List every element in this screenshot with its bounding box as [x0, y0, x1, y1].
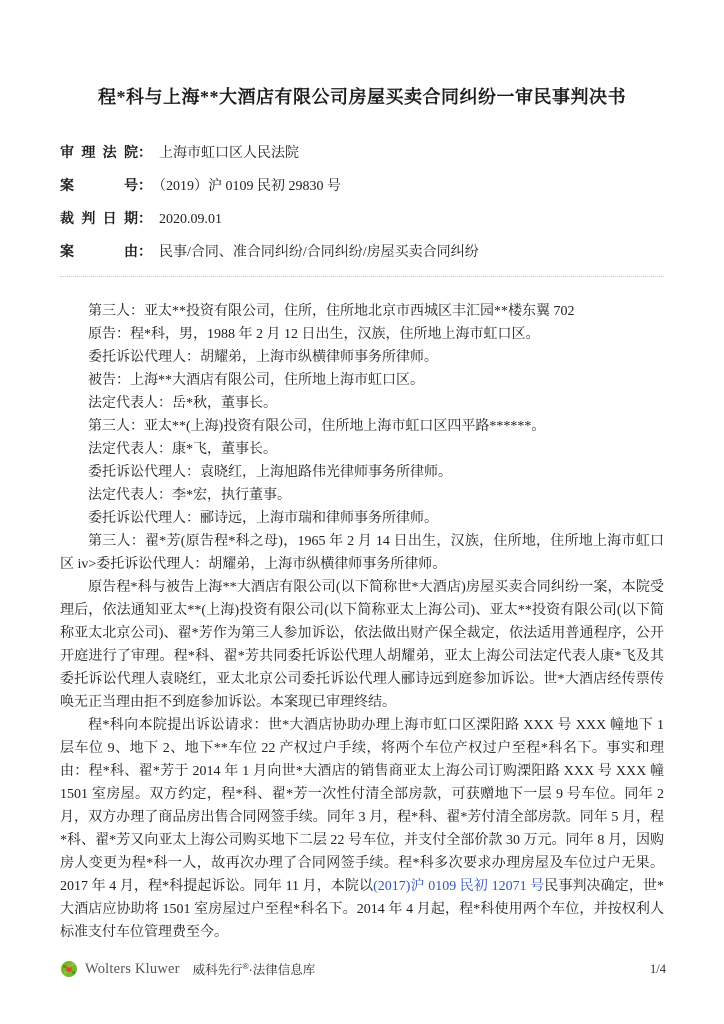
party-line: 法定代表人：李*宏，执行董事。 — [60, 484, 664, 507]
paragraph-procedure: 原告程*科与被告上海**大酒店有限公司(以下简称世*大酒店)房屋买卖合同纠纷一案… — [60, 576, 664, 714]
document-content: 程*科与上海**大酒店有限公司房屋买卖合同纠纷一审民事判决书 审理法院：上海市虹… — [0, 0, 724, 944]
footer: Wolters Kluwer 威科先行®·法律信息库 1/4 — [60, 960, 666, 978]
party-line: 第三人：翟*芳(原告程*科之母)，1965 年 2 月 14 日出生，汉族，住所… — [60, 530, 664, 576]
meta-colon: ： — [138, 212, 152, 227]
meta-row-cause-of-action: 案由：民事/合同、准合同纠纷/合同纠纷/房屋买卖合同纠纷 — [60, 243, 664, 263]
party-line: 法定代表人：康*飞，董事长。 — [60, 438, 664, 461]
party-line: 委托诉讼代理人：郦诗远，上海市瑞和律师事务所律师。 — [60, 507, 664, 530]
meta-row-court: 审理法院：上海市虹口区人民法院 — [60, 144, 664, 164]
wolters-kluwer-logo-icon — [60, 960, 78, 978]
meta-row-judgment-date: 裁判日期：2020.09.01 — [60, 210, 664, 230]
page-number-indicator: 1/4 — [650, 962, 666, 977]
party-line: 原告：程*科，男，1988 年 2 月 12 日出生，汉族，住所地上海市虹口区。 — [60, 323, 664, 346]
meta-label: 案号 — [60, 177, 138, 197]
meta-label: 案由 — [60, 243, 138, 263]
page-title: 程*科与上海**大酒店有限公司房屋买卖合同纠纷一审民事判决书 — [60, 0, 664, 111]
wolters-kluwer-wordmark: Wolters Kluwer — [85, 961, 180, 978]
party-line: 被告：上海**大酒店有限公司，住所地上海市虹口区。 — [60, 369, 664, 392]
meta-value: 2020.09.01 — [159, 212, 222, 227]
party-line: 法定代表人：岳*秋，董事长。 — [60, 392, 664, 415]
meta-colon: ： — [138, 146, 152, 161]
meta-label: 裁判日期 — [60, 210, 138, 230]
party-line: 第三人：亚太**(上海)投资有限公司，住所地上海市虹口区四平路******。 — [60, 415, 664, 438]
party-line: 第三人：亚太**投资有限公司，住所，住所地北京市西城区丰汇园**楼东翼 702 — [60, 300, 664, 323]
meta-colon: ： — [138, 245, 152, 260]
party-line: 委托诉讼代理人：胡耀弟，上海市纵横律师事务所律师。 — [60, 346, 664, 369]
meta-value: （2019）沪 0109 民初 29830 号 — [159, 179, 341, 194]
judgment-document-page: 程*科与上海**大酒店有限公司房屋买卖合同纠纷一审民事判决书 审理法院：上海市虹… — [0, 0, 724, 1024]
product-name-suffix: ·法律信息库 — [249, 963, 316, 977]
party-line: 委托诉讼代理人：袁晓红，上海旭路伟光律师事务所律师。 — [60, 461, 664, 484]
case-meta-section: 审理法院：上海市虹口区人民法院 案号：（2019）沪 0109 民初 29830… — [60, 144, 664, 263]
dotted-divider — [60, 276, 664, 277]
claims-text-before: 程*科向本院提出诉讼请求：世*大酒店协助办理上海市虹口区溧阳路 XXX 号 XX… — [60, 718, 664, 894]
paragraph-claims: 程*科向本院提出诉讼请求：世*大酒店协助办理上海市虹口区溧阳路 XXX 号 XX… — [60, 714, 664, 944]
case-number-link[interactable]: (2017)沪 0109 民初 12071 号 — [373, 879, 544, 894]
meta-colon: ： — [138, 179, 152, 194]
meta-value: 上海市虹口区人民法院 — [159, 146, 299, 161]
meta-value: 民事/合同、准合同纠纷/合同纠纷/房屋买卖合同纠纷 — [159, 245, 479, 260]
judgment-body: 第三人：亚太**投资有限公司，住所，住所地北京市西城区丰汇园**楼东翼 702 … — [60, 300, 664, 944]
product-name-cn: 威科先行 — [193, 963, 243, 977]
meta-label: 审理法院 — [60, 144, 138, 164]
product-name-label: 威科先行®·法律信息库 — [193, 960, 316, 978]
meta-row-case-number: 案号：（2019）沪 0109 民初 29830 号 — [60, 177, 664, 197]
